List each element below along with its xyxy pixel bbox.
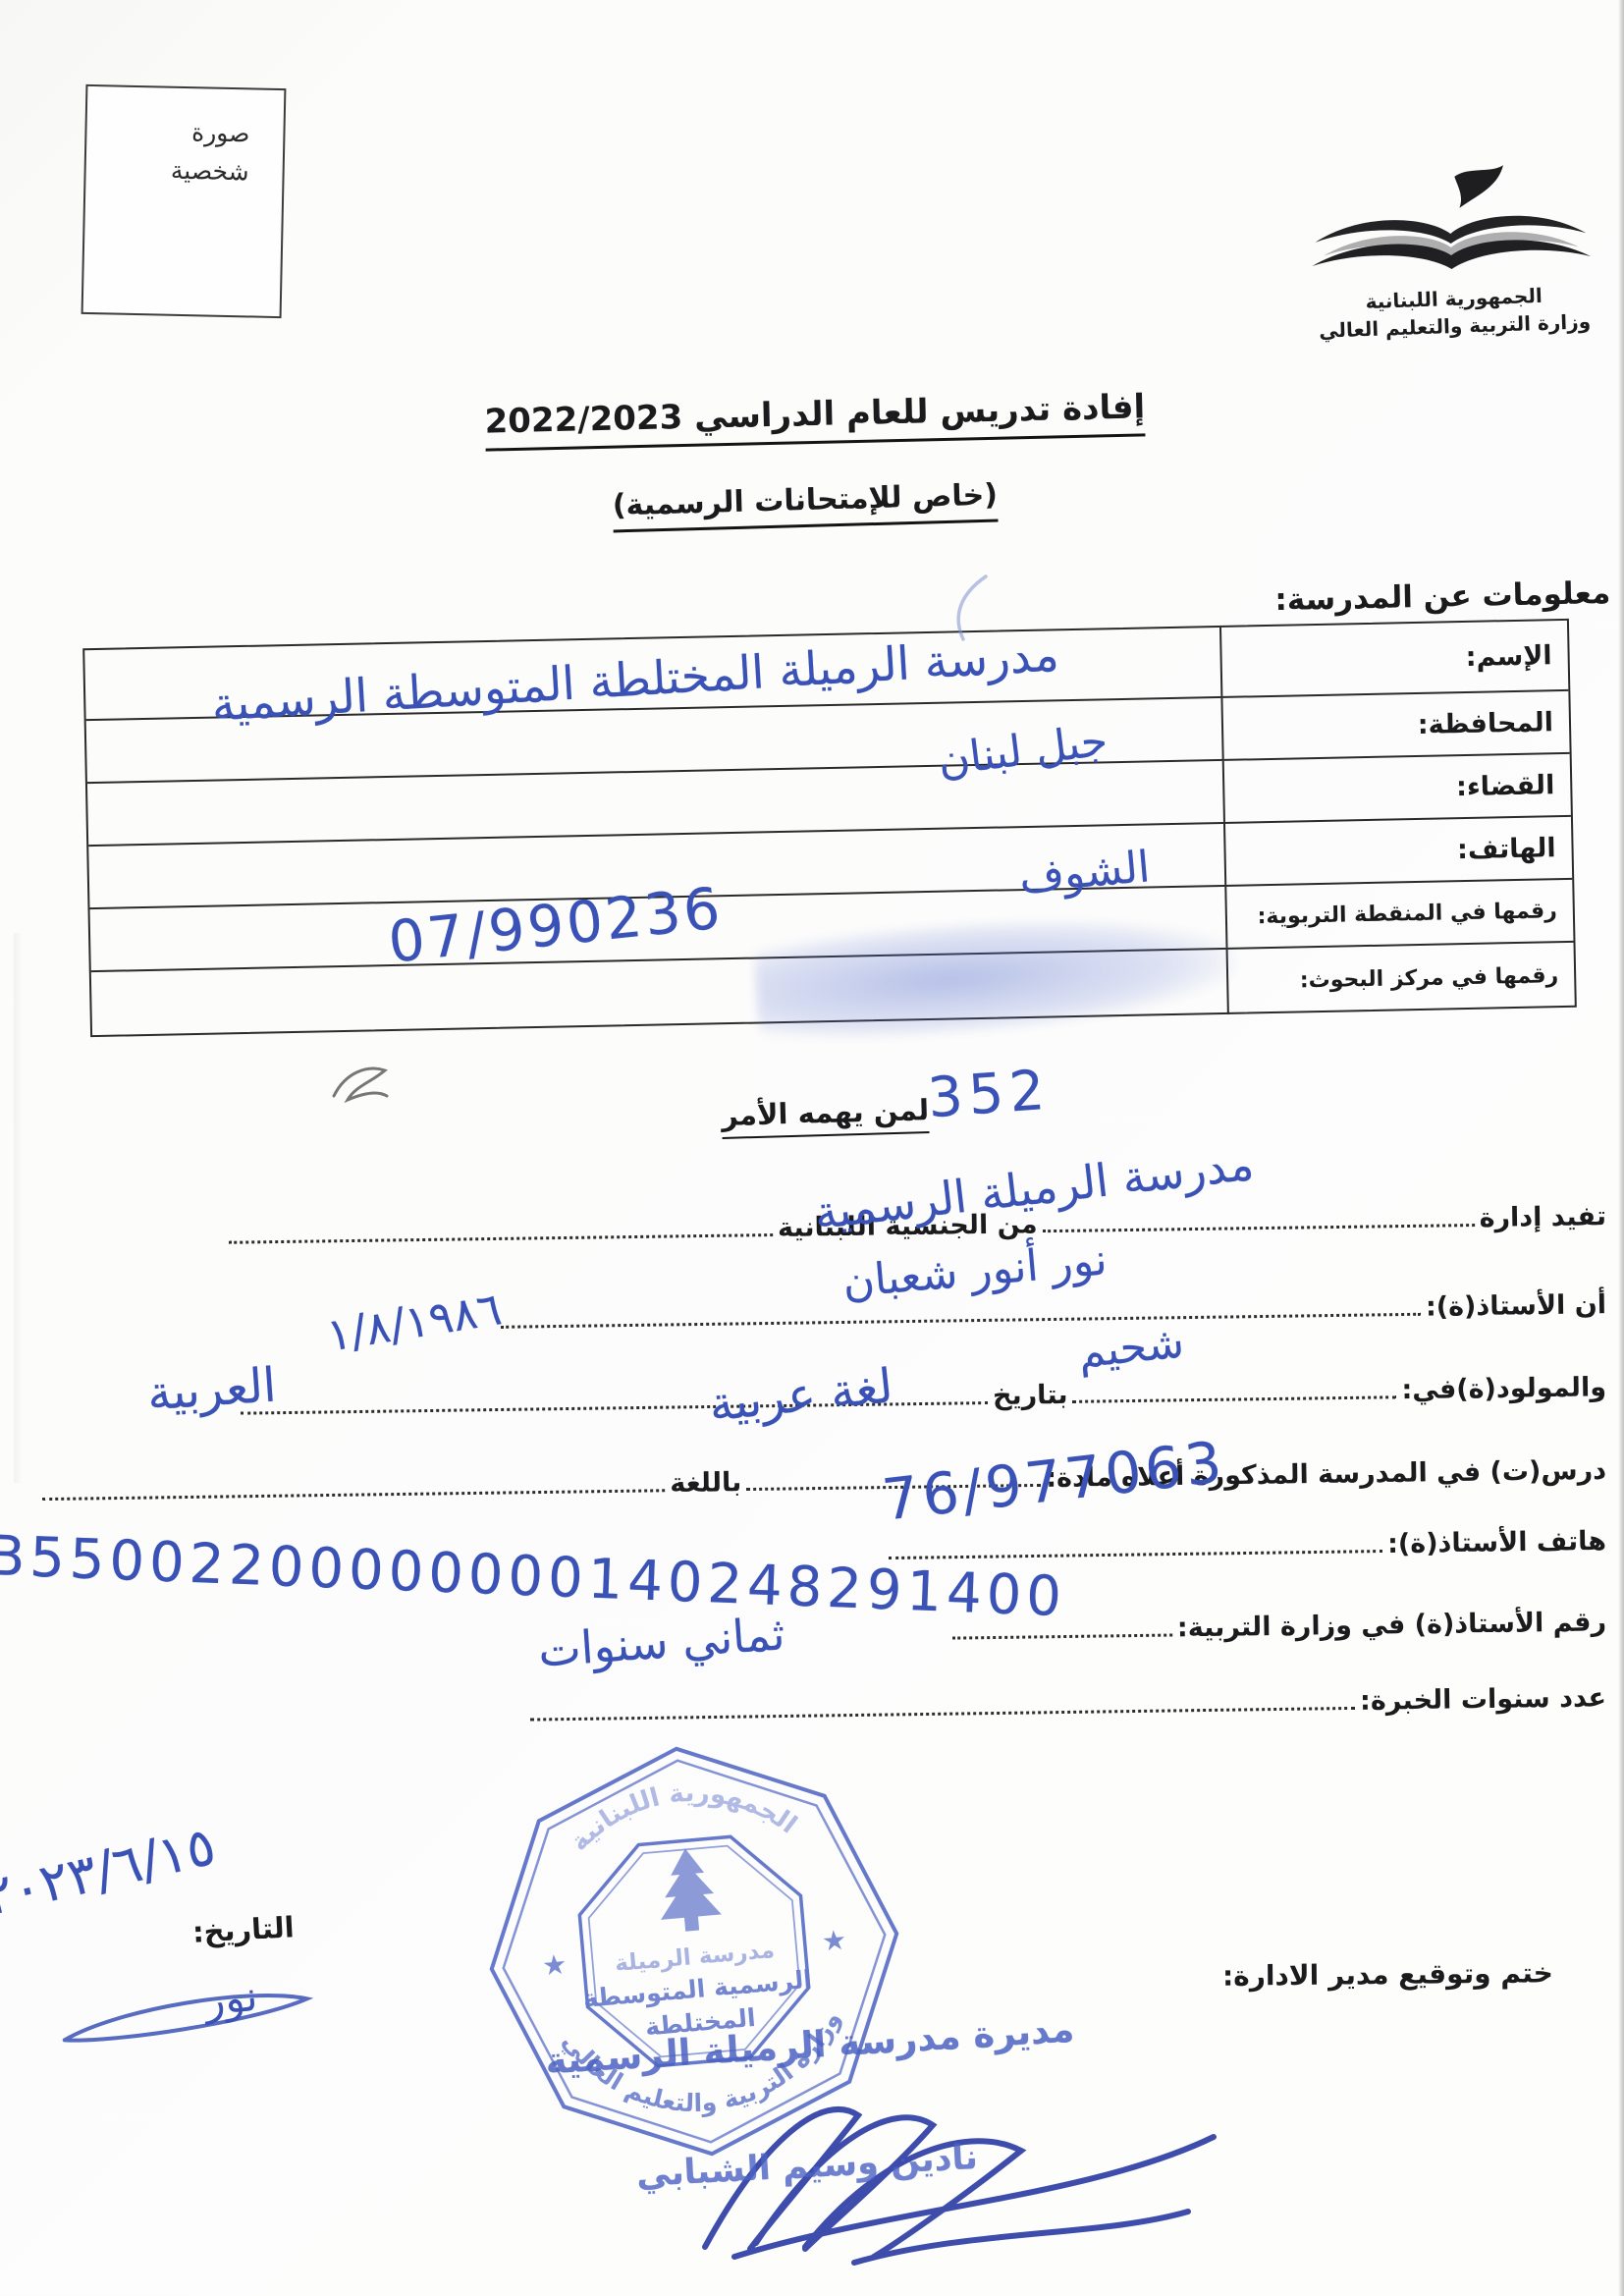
scan-edge-shadow (1618, 0, 1624, 2296)
document-title: إفادة تدريس للعام الدراسي 2022/2023 (484, 387, 1146, 451)
document-subtitle: (خاص للإمتحانات الرسمية) (612, 478, 998, 533)
handwritten-birth-date: ١/٨/١٩٨٦ (323, 1285, 505, 1359)
document-subtitle-wrap: (خاص للإمتحانات الرسمية) (549, 476, 1060, 535)
birthplace-label: والمولود(ة)في: (1401, 1370, 1606, 1407)
letter-heading: لمن يهمه الأمر (721, 1093, 929, 1139)
handwritten-date: ٢٠٢٣/٦/١٥ (0, 1819, 221, 1926)
teacher-label: أن الأستاذ(ة): (1426, 1287, 1607, 1325)
row-label-name: الإسم: (1219, 621, 1568, 696)
language-label: باللغة (670, 1465, 742, 1501)
teacher-phone-label: هاتف الأستاذ(ة): (1387, 1524, 1606, 1561)
letter-line-subject: درس(ت) في المدرسة المذكورة أعلاه مادة: ب… (37, 1445, 1606, 1509)
director-stamp-sign-label: ختم وتوقيع مدير الادارة: (1222, 1956, 1553, 1993)
certifies-prefix: تفيد إدارة (1479, 1199, 1606, 1235)
signature-flourish (62, 1990, 309, 2044)
paper-crease (14, 933, 23, 1483)
ministry-logo: الجمهورية اللبنانية وزارة التربية والتعل… (1291, 159, 1613, 345)
letter-line-teacher-phone: هاتف الأستاذ(ة): (884, 1515, 1607, 1568)
date-label: التاريخ: (191, 1910, 295, 1948)
handwritten-experience: ثماني سنوات (537, 1610, 786, 1674)
stamp-star-right: ★ (821, 1923, 848, 1957)
birthdate-label: بتاريخ (993, 1378, 1068, 1413)
handwritten-zone-number: 352 (926, 1063, 1053, 1128)
row-label-zone-number: رقمها في المنقطة التربوية: (1224, 880, 1573, 948)
dotted-fill (229, 1204, 773, 1244)
date-signature: نور (46, 1952, 330, 2083)
svg-text:الجمهورية اللبنانية: الجمهورية اللبنانية (561, 1769, 804, 1859)
dotted-fill (42, 1459, 666, 1501)
dotted-fill (530, 1677, 1355, 1722)
row-label-research-number: رقمها في مركز البحوث: (1226, 943, 1575, 1014)
letter-line-experience: عدد سنوات الخبرة: (525, 1671, 1607, 1729)
photo-label-line1: صورة (171, 114, 250, 153)
letter-line-birth: والمولود(ة)في: بتاريخ (236, 1361, 1606, 1423)
document-title-wrap: إفادة تدريس للعام الدراسي 2022/2023 (481, 387, 1150, 451)
photo-placeholder-box: صورة شخصية (81, 84, 287, 318)
handwritten-subject: لغة عربية (707, 1361, 895, 1430)
cedar-icon (655, 1846, 723, 1934)
school-info-heading: معلومات عن المدرسة: (1274, 575, 1611, 618)
ministry-number-label: رقم الأستاذ(ة) في وزارة التربية: (1177, 1605, 1607, 1645)
scanned-document-page: صورة شخصية الجمهورية اللبنانية وزارة الت… (0, 0, 1624, 2296)
stamp-star-left: ★ (541, 1947, 568, 1982)
experience-label: عدد سنوات الخبرة: (1360, 1680, 1606, 1719)
handwritten-language: العربية (145, 1360, 277, 1418)
handwritten-district: الشوف (1017, 845, 1152, 902)
photo-label-line2: شخصية (171, 151, 250, 191)
handwritten-signature-name: نور (200, 1972, 259, 2026)
pen-mark (326, 1057, 395, 1108)
photo-placeholder-label: صورة شخصية (171, 114, 250, 191)
row-label-governorate: المحافظة: (1220, 691, 1569, 759)
open-book-icon (1291, 159, 1611, 286)
handwritten-birth-place: شحيم (1076, 1320, 1186, 1376)
dotted-fill (889, 1520, 1383, 1559)
row-label-district: القضاء: (1222, 754, 1571, 822)
logo-caption: الجمهورية اللبنانية وزارة التربية والتعل… (1295, 279, 1613, 345)
handwritten-teacher-phone: 76/977063 (880, 1432, 1228, 1530)
row-label-phone: الهاتف: (1223, 817, 1572, 885)
letter-heading-wrap: لمن يهمه الأمر (721, 1093, 929, 1139)
stamp-outer-top-text: الجمهورية اللبنانية (561, 1769, 804, 1859)
